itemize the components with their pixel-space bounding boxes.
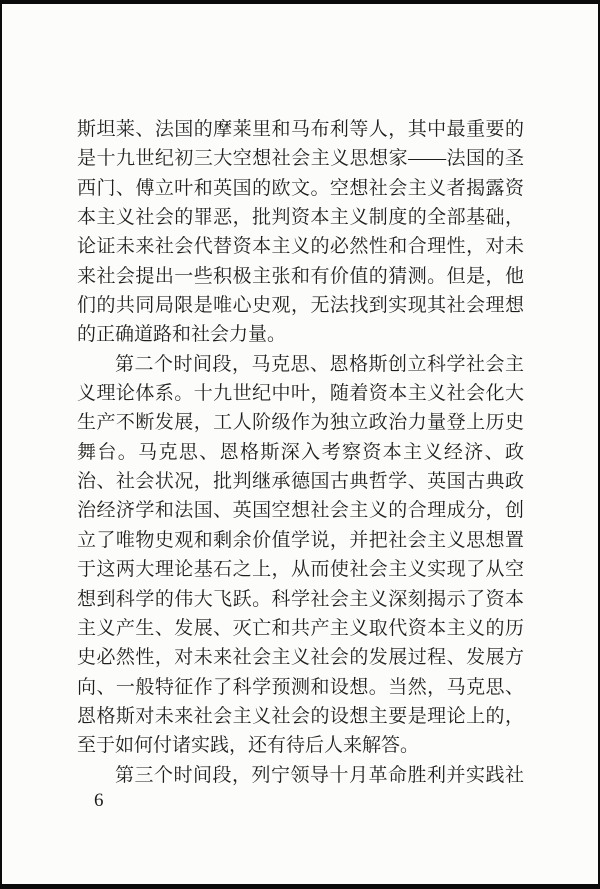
text-line: 第二个时间段，马克思、恩格斯创立科学社会主: [77, 350, 524, 379]
text-line: 主义产生、发展、灭亡和共产主义取代资本主义的历: [77, 614, 524, 643]
text-line: 是十九世纪初三大空想社会主义思想家——法国的圣: [77, 144, 524, 173]
text-line: 论证未来社会代替资本主义的必然性和合理性，对未: [77, 232, 524, 261]
text-line: 生产不断发展，工人阶级作为独立政治力量登上历史: [77, 408, 524, 437]
text-line: 治、社会状况，批判继承德国古典哲学、英国古典政: [77, 467, 524, 496]
text-block: 斯坦莱、法国的摩莱里和马布利等人，其中最重要的是十九世纪初三大空想社会主义思想家…: [77, 115, 524, 790]
text-line: 舞台。马克思、恩格斯深入考察资本主义经济、政: [77, 438, 524, 467]
text-line: 义理论体系。十九世纪中叶，随着资本主义社会化大: [77, 379, 524, 408]
text-line: 来社会提出一些积极主张和有价值的猜测。但是，他: [77, 262, 524, 291]
text-line: 至于如何付诸实践，还有待后人来解答。: [77, 731, 524, 760]
page-number: 6: [94, 789, 104, 813]
text-line: 们的共同局限是唯心史观，无法找到实现其社会理想: [77, 291, 524, 320]
text-line: 恩格斯对未来社会主义社会的设想主要是理论上的，: [77, 702, 524, 731]
scanned-page: 斯坦莱、法国的摩莱里和马布利等人，其中最重要的是十九世纪初三大空想社会主义思想家…: [0, 0, 600, 889]
text-line: 第三个时间段，列宁领导十月革命胜利并实践社: [77, 761, 524, 790]
text-line: 西门、傅立叶和英国的欧文。空想社会主义者揭露资: [77, 174, 524, 203]
text-line: 史必然性，对未来社会主义社会的发展过程、发展方: [77, 643, 524, 672]
text-line: 治经济学和法国、英国空想社会主义的合理成分，创: [77, 496, 524, 525]
text-line: 的正确道路和社会力量。: [77, 320, 524, 349]
text-line: 本主义社会的罪恶，批判资本主义制度的全部基础，: [77, 203, 524, 232]
text-line: 向、一般特征作了科学预测和设想。当然，马克思、: [77, 673, 524, 702]
text-line: 立了唯物史观和剩余价值学说，并把社会主义思想置: [77, 526, 524, 555]
text-line: 于这两大理论基石之上，从而使社会主义实现了从空: [77, 555, 524, 584]
text-line: 想到科学的伟大飞跃。科学社会主义深刻揭示了资本: [77, 585, 524, 614]
text-line: 斯坦莱、法国的摩莱里和马布利等人，其中最重要的: [77, 115, 524, 144]
